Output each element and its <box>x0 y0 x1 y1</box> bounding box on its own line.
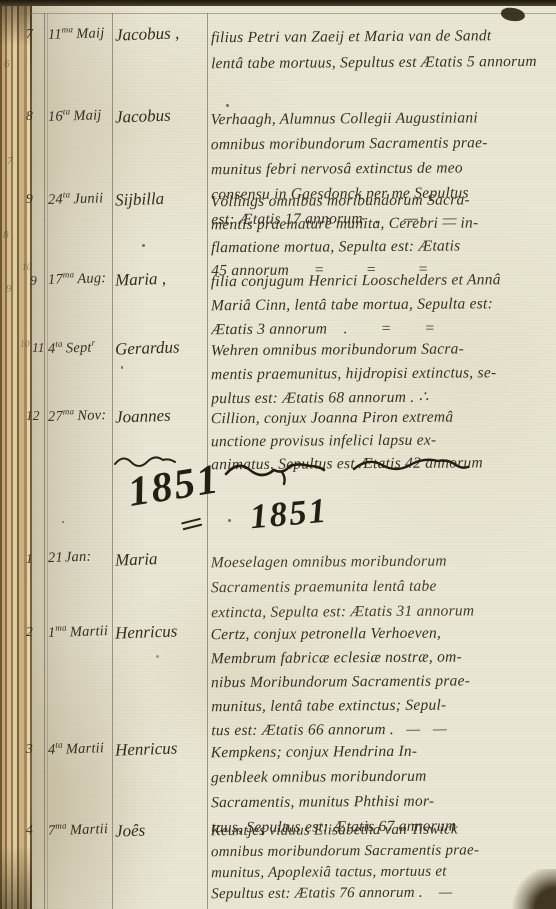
ink-flourish <box>224 460 342 486</box>
ink-dot <box>121 366 123 369</box>
entry-text: Wehren omnibus moribundorum Sacra- menti… <box>211 337 556 411</box>
entry-date: 16taMaij <box>48 105 113 126</box>
entry-name: Joannes <box>115 404 208 427</box>
entry-number: 4 <box>26 822 44 838</box>
ink-dot <box>62 521 64 523</box>
margin-pencil-mark: 8 <box>3 229 9 241</box>
entry-text: Keuntjes viduus Elisabetha van Tiswick o… <box>211 819 556 905</box>
page-top-edge <box>0 0 556 6</box>
entry-number: 2 <box>26 624 44 640</box>
entry-name: Jacobus <box>115 104 208 127</box>
entry-number: 1 <box>26 551 44 567</box>
entry-name: Sijbilla <box>115 187 208 210</box>
ink-dot <box>362 218 365 220</box>
entry-date: 17maAug: <box>48 268 113 289</box>
entry-name: Jacobus , <box>115 22 208 45</box>
ink-dot <box>228 519 231 522</box>
margin-pencil-mark: 7 <box>7 155 13 167</box>
ink-dot <box>226 104 229 107</box>
entry-date: 4taMartii <box>48 738 113 759</box>
ink-dot <box>156 655 159 658</box>
entry-name: Henricus <box>115 620 208 643</box>
ink-flourish <box>181 518 203 533</box>
entry-number: 8 <box>26 108 44 124</box>
entry-date: 1maMartii <box>48 621 113 642</box>
entry-date: 7maMartii <box>48 819 113 840</box>
entry-number-pencil: 10 <box>20 340 30 350</box>
ink-dot <box>142 244 145 247</box>
ink-flourish <box>352 457 478 477</box>
entry-name: Joês <box>115 818 208 841</box>
entry-text: Certz, conjux petronella Verhoeven, Memb… <box>211 621 556 743</box>
entry-number-pencil: 10 <box>22 263 32 273</box>
entry-date: 11maMaij <box>48 23 113 44</box>
margin-pencil-mark: 9 <box>6 283 12 295</box>
column-rule <box>47 13 48 909</box>
entry-date: 27maNov: <box>48 405 113 426</box>
page-left-edge <box>30 0 32 909</box>
entry-name: Maria <box>115 547 208 570</box>
entry-date: 21Jan: <box>48 548 113 567</box>
entry-text: filia conjugum Henrici Looschelders et A… <box>211 268 556 342</box>
ink-blot <box>500 7 525 23</box>
entry-date: 4taSeptr <box>48 337 113 358</box>
entry-text: filius Petri van Zaeij et Maria van de S… <box>211 23 556 77</box>
entry-number: 9 <box>26 191 44 207</box>
top-rule-line <box>28 13 556 14</box>
register-page: 6 7 8 9 7 11maMaij Jacobus , filius Petr… <box>0 0 556 909</box>
year-heading: 1851 <box>248 491 329 538</box>
column-rule <box>44 13 45 909</box>
entry-text: Moeselagen omnibus moribundorum Sacramen… <box>211 548 556 625</box>
entry-number: 12 <box>26 408 44 424</box>
entry-date: 24taJunii <box>48 188 113 209</box>
entry-name: Maria , <box>115 267 208 290</box>
entry-name: Gerardus <box>115 336 208 359</box>
book-binding-edge <box>0 0 30 909</box>
margin-pencil-mark: 6 <box>4 58 10 70</box>
entry-name: Henricus <box>115 737 208 760</box>
entry-number: 7 <box>26 26 44 42</box>
entry-number: 3 <box>26 741 44 757</box>
entry-number: 9 <box>30 273 48 289</box>
